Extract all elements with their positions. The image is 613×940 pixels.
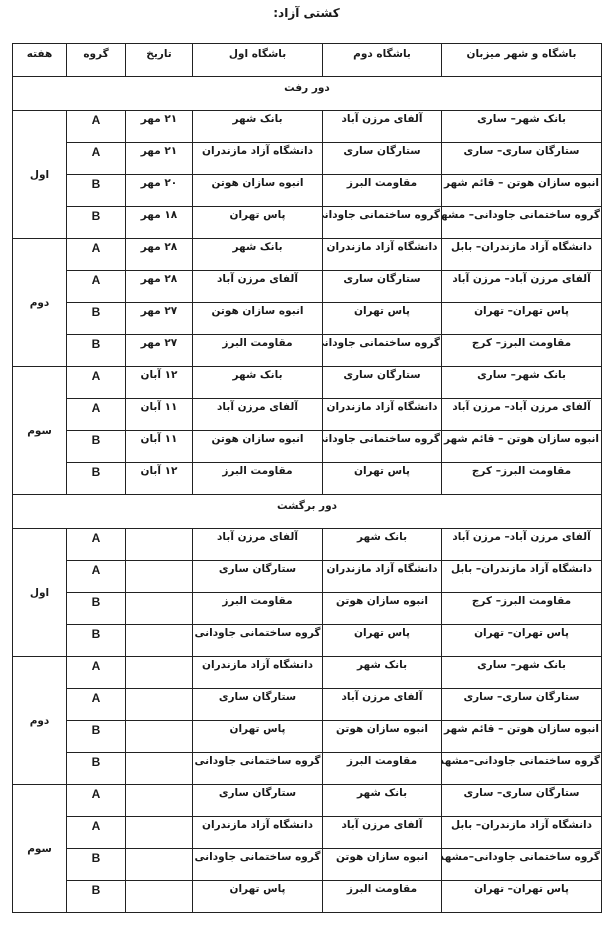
cell-host: بانک شهر– ساری xyxy=(442,111,602,143)
cell-group: B xyxy=(67,207,126,239)
header-date: تاریخ xyxy=(126,44,193,77)
table-row: ستارگان ساری– ساریبانک شهرستارگان ساریAس… xyxy=(13,785,602,817)
table-row: انبوه سازان هوتن – قائم شهرانبوه سازان ه… xyxy=(13,721,602,753)
cell-club2: گروه ساختمانی جاودانی xyxy=(323,207,442,239)
cell-date xyxy=(126,721,193,753)
week-label: سوم xyxy=(13,367,67,495)
cell-host: آلفای مرزن آباد– مرزن آباد xyxy=(442,271,602,303)
cell-club2: آلفای مرزن آباد xyxy=(323,111,442,143)
table-row: انبوه سازان هوتن – قائم شهرمقاومت البرزا… xyxy=(13,175,602,207)
cell-host: مقاومت البرز– کرج xyxy=(442,593,602,625)
cell-club2: ستارگان ساری xyxy=(323,367,442,399)
table-row: ستارگان ساری– ساریستارگان ساریدانشگاه آز… xyxy=(13,143,602,175)
table-row: ستارگان ساری– ساریآلفای مرزن آبادستارگان… xyxy=(13,689,602,721)
cell-group: B xyxy=(67,881,126,913)
section-label: دور برگشت xyxy=(13,495,602,529)
cell-group: A xyxy=(67,239,126,271)
table-row: پاس تهران– تهرانپاس تهرانگروه ساختمانی ج… xyxy=(13,625,602,657)
schedule-table: باشگاه و شهر میزبان باشگاه دوم باشگاه او… xyxy=(12,43,602,913)
week-label: سوم xyxy=(13,785,67,913)
cell-group: B xyxy=(67,431,126,463)
cell-group: B xyxy=(67,303,126,335)
cell-club2: انبوه سازان هوتن xyxy=(323,849,442,881)
cell-group: A xyxy=(67,271,126,303)
cell-group: A xyxy=(67,561,126,593)
cell-date xyxy=(126,753,193,785)
cell-group: B xyxy=(67,593,126,625)
cell-group: A xyxy=(67,399,126,431)
cell-club2: ستارگان ساری xyxy=(323,143,442,175)
cell-club1: انبوه سازان هوتن xyxy=(193,303,323,335)
week-label: دوم xyxy=(13,239,67,367)
cell-date: ۲۸ مهر xyxy=(126,271,193,303)
cell-date xyxy=(126,625,193,657)
cell-host: بانک شهر– ساری xyxy=(442,657,602,689)
cell-club2: انبوه سازان هوتن xyxy=(323,593,442,625)
cell-club1: پاس تهران xyxy=(193,881,323,913)
schedule-body: دور رفتبانک شهر– ساریآلفای مرزن آبادبانک… xyxy=(13,77,602,913)
cell-group: A xyxy=(67,529,126,561)
cell-host: مقاومت البرز– کرج xyxy=(442,463,602,495)
cell-club2: مقاومت البرز xyxy=(323,753,442,785)
cell-group: B xyxy=(67,753,126,785)
cell-host: ستارگان ساری– ساری xyxy=(442,689,602,721)
table-row: مقاومت البرز– کرجپاس تهرانمقاومت البرز۱۲… xyxy=(13,463,602,495)
cell-group: A xyxy=(67,143,126,175)
table-row: گروه ساختمانی جاودانی–مشهدمقاومت البرزگر… xyxy=(13,753,602,785)
cell-club1: مقاومت البرز xyxy=(193,463,323,495)
cell-club1: ستارگان ساری xyxy=(193,561,323,593)
table-row: دانشگاه آزاد مازندران– بابلآلفای مرزن آب… xyxy=(13,817,602,849)
cell-club2: پاس تهران xyxy=(323,463,442,495)
cell-date: ۱۲ آبان xyxy=(126,463,193,495)
table-row: آلفای مرزن آباد– مرزن آبادستارگان ساریآل… xyxy=(13,271,602,303)
cell-host: آلفای مرزن آباد– مرزن آباد xyxy=(442,399,602,431)
cell-date xyxy=(126,529,193,561)
section-label: دور رفت xyxy=(13,77,602,111)
cell-host: دانشگاه آزاد مازندران– بابل xyxy=(442,561,602,593)
table-row: پاس تهران– تهرانمقاومت البرزپاس تهرانB xyxy=(13,881,602,913)
cell-club1: پاس تهران xyxy=(193,207,323,239)
cell-date: ۲۷ مهر xyxy=(126,335,193,367)
cell-club2: دانشگاه آزاد مازندران xyxy=(323,561,442,593)
cell-group: B xyxy=(67,175,126,207)
cell-date: ۱۲ آبان xyxy=(126,367,193,399)
header-week: هفته xyxy=(13,44,67,77)
cell-club1: دانشگاه آزاد مازندران xyxy=(193,657,323,689)
table-row: گروه ساختمانی جاودانی–مشهدانبوه سازان هو… xyxy=(13,849,602,881)
table-row: دانشگاه آزاد مازندران– بابلدانشگاه آزاد … xyxy=(13,239,602,271)
cell-club2: دانشگاه آزاد مازندران xyxy=(323,399,442,431)
cell-group: B xyxy=(67,849,126,881)
header-row: باشگاه و شهر میزبان باشگاه دوم باشگاه او… xyxy=(13,44,602,77)
cell-club2: ستارگان ساری xyxy=(323,271,442,303)
cell-host: انبوه سازان هوتن – قائم شهر xyxy=(442,431,602,463)
table-row: مقاومت البرز– کرجانبوه سازان هوتنمقاومت … xyxy=(13,593,602,625)
cell-host: ستارگان ساری– ساری xyxy=(442,143,602,175)
cell-date: ۲۸ مهر xyxy=(126,239,193,271)
cell-club1: آلفای مرزن آباد xyxy=(193,271,323,303)
cell-date xyxy=(126,817,193,849)
page-title: کشتی آزاد: xyxy=(0,6,613,20)
cell-club1: بانک شهر xyxy=(193,111,323,143)
cell-date: ۲۱ مهر xyxy=(126,143,193,175)
cell-club1: آلفای مرزن آباد xyxy=(193,529,323,561)
cell-club1: ستارگان ساری xyxy=(193,785,323,817)
table-row: بانک شهر– ساریآلفای مرزن آبادبانک شهر۲۱ … xyxy=(13,111,602,143)
cell-host: دانشگاه آزاد مازندران– بابل xyxy=(442,817,602,849)
cell-group: B xyxy=(67,463,126,495)
cell-group: A xyxy=(67,111,126,143)
header-group: گروه xyxy=(67,44,126,77)
cell-club2: بانک شهر xyxy=(323,529,442,561)
header-club2: باشگاه دوم xyxy=(323,44,442,77)
cell-club2: دانشگاه آزاد مازندران xyxy=(323,239,442,271)
cell-host: ستارگان ساری– ساری xyxy=(442,785,602,817)
table-row: آلفای مرزن آباد– مرزن آبادبانک شهرآلفای … xyxy=(13,529,602,561)
cell-host: گروه ساختمانی جاودانی–مشهد xyxy=(442,753,602,785)
cell-host: انبوه سازان هوتن – قائم شهر xyxy=(442,721,602,753)
cell-club2: انبوه سازان هوتن xyxy=(323,721,442,753)
cell-club2: بانک شهر xyxy=(323,785,442,817)
week-label: اول xyxy=(13,111,67,239)
table-row: آلفای مرزن آباد– مرزن آباددانشگاه آزاد م… xyxy=(13,399,602,431)
cell-club1: گروه ساختمانی جاودانی xyxy=(193,849,323,881)
cell-club1: دانشگاه آزاد مازندران xyxy=(193,143,323,175)
table-row: دانشگاه آزاد مازندران– بابلدانشگاه آزاد … xyxy=(13,561,602,593)
cell-date: ۲۰ مهر xyxy=(126,175,193,207)
week-label: اول xyxy=(13,529,67,657)
cell-date xyxy=(126,593,193,625)
cell-club2: آلفای مرزن آباد xyxy=(323,817,442,849)
cell-group: A xyxy=(67,817,126,849)
cell-club1: مقاومت البرز xyxy=(193,335,323,367)
cell-date: ۱۸ مهر xyxy=(126,207,193,239)
cell-date: ۱۱ آبان xyxy=(126,399,193,431)
cell-group: A xyxy=(67,657,126,689)
cell-host: پاس تهران– تهران xyxy=(442,625,602,657)
cell-date: ۲۷ مهر xyxy=(126,303,193,335)
cell-group: B xyxy=(67,721,126,753)
week-label: دوم xyxy=(13,657,67,785)
cell-date xyxy=(126,561,193,593)
cell-club2: آلفای مرزن آباد xyxy=(323,689,442,721)
cell-host: بانک شهر– ساری xyxy=(442,367,602,399)
cell-date: ۱۱ آبان xyxy=(126,431,193,463)
cell-date xyxy=(126,881,193,913)
table-row: بانک شهر– ساریبانک شهردانشگاه آزاد مازند… xyxy=(13,657,602,689)
cell-club1: بانک شهر xyxy=(193,239,323,271)
cell-host: دانشگاه آزاد مازندران– بابل xyxy=(442,239,602,271)
cell-group: B xyxy=(67,625,126,657)
cell-club1: پاس تهران xyxy=(193,721,323,753)
cell-date xyxy=(126,785,193,817)
cell-club1: گروه ساختمانی جاودانی xyxy=(193,753,323,785)
cell-club2: پاس تهران xyxy=(323,303,442,335)
cell-club1: دانشگاه آزاد مازندران xyxy=(193,817,323,849)
cell-club2: گروه ساختمانی جاودانی xyxy=(323,431,442,463)
header-club1: باشگاه اول xyxy=(193,44,323,77)
cell-club1: بانک شهر xyxy=(193,367,323,399)
cell-club1: انبوه سازان هوتن xyxy=(193,175,323,207)
cell-club2: پاس تهران xyxy=(323,625,442,657)
table-row: پاس تهران– تهرانپاس تهرانانبوه سازان هوت… xyxy=(13,303,602,335)
cell-date xyxy=(126,689,193,721)
table-row: گروه ساختمانی جاودانی– مشهدگروه ساختمانی… xyxy=(13,207,602,239)
cell-host: گروه ساختمانی جاودانی– مشهد xyxy=(442,207,602,239)
cell-club1: انبوه سازان هوتن xyxy=(193,431,323,463)
cell-group: A xyxy=(67,689,126,721)
cell-club1: مقاومت البرز xyxy=(193,593,323,625)
cell-club1: آلفای مرزن آباد xyxy=(193,399,323,431)
cell-group: A xyxy=(67,785,126,817)
cell-group: A xyxy=(67,367,126,399)
table-row: انبوه سازان هوتن – قائم شهرگروه ساختمانی… xyxy=(13,431,602,463)
table-row: بانک شهر– ساریستارگان ساریبانک شهر۱۲ آبا… xyxy=(13,367,602,399)
table-row: مقاومت البرز– کرجگروه ساختمانی جاودانیمق… xyxy=(13,335,602,367)
cell-club2: مقاومت البرز xyxy=(323,175,442,207)
cell-club2: بانک شهر xyxy=(323,657,442,689)
cell-group: B xyxy=(67,335,126,367)
cell-club1: گروه ساختمانی جاودانی xyxy=(193,625,323,657)
section-row: دور برگشت xyxy=(13,495,602,529)
header-host: باشگاه و شهر میزبان xyxy=(442,44,602,77)
cell-date xyxy=(126,657,193,689)
cell-host: انبوه سازان هوتن – قائم شهر xyxy=(442,175,602,207)
section-row: دور رفت xyxy=(13,77,602,111)
cell-club1: ستارگان ساری xyxy=(193,689,323,721)
cell-host: پاس تهران– تهران xyxy=(442,881,602,913)
cell-host: گروه ساختمانی جاودانی–مشهد xyxy=(442,849,602,881)
cell-club2: گروه ساختمانی جاودانی xyxy=(323,335,442,367)
cell-host: پاس تهران– تهران xyxy=(442,303,602,335)
cell-host: مقاومت البرز– کرج xyxy=(442,335,602,367)
cell-date: ۲۱ مهر xyxy=(126,111,193,143)
cell-club2: مقاومت البرز xyxy=(323,881,442,913)
cell-date xyxy=(126,849,193,881)
cell-host: آلفای مرزن آباد– مرزن آباد xyxy=(442,529,602,561)
